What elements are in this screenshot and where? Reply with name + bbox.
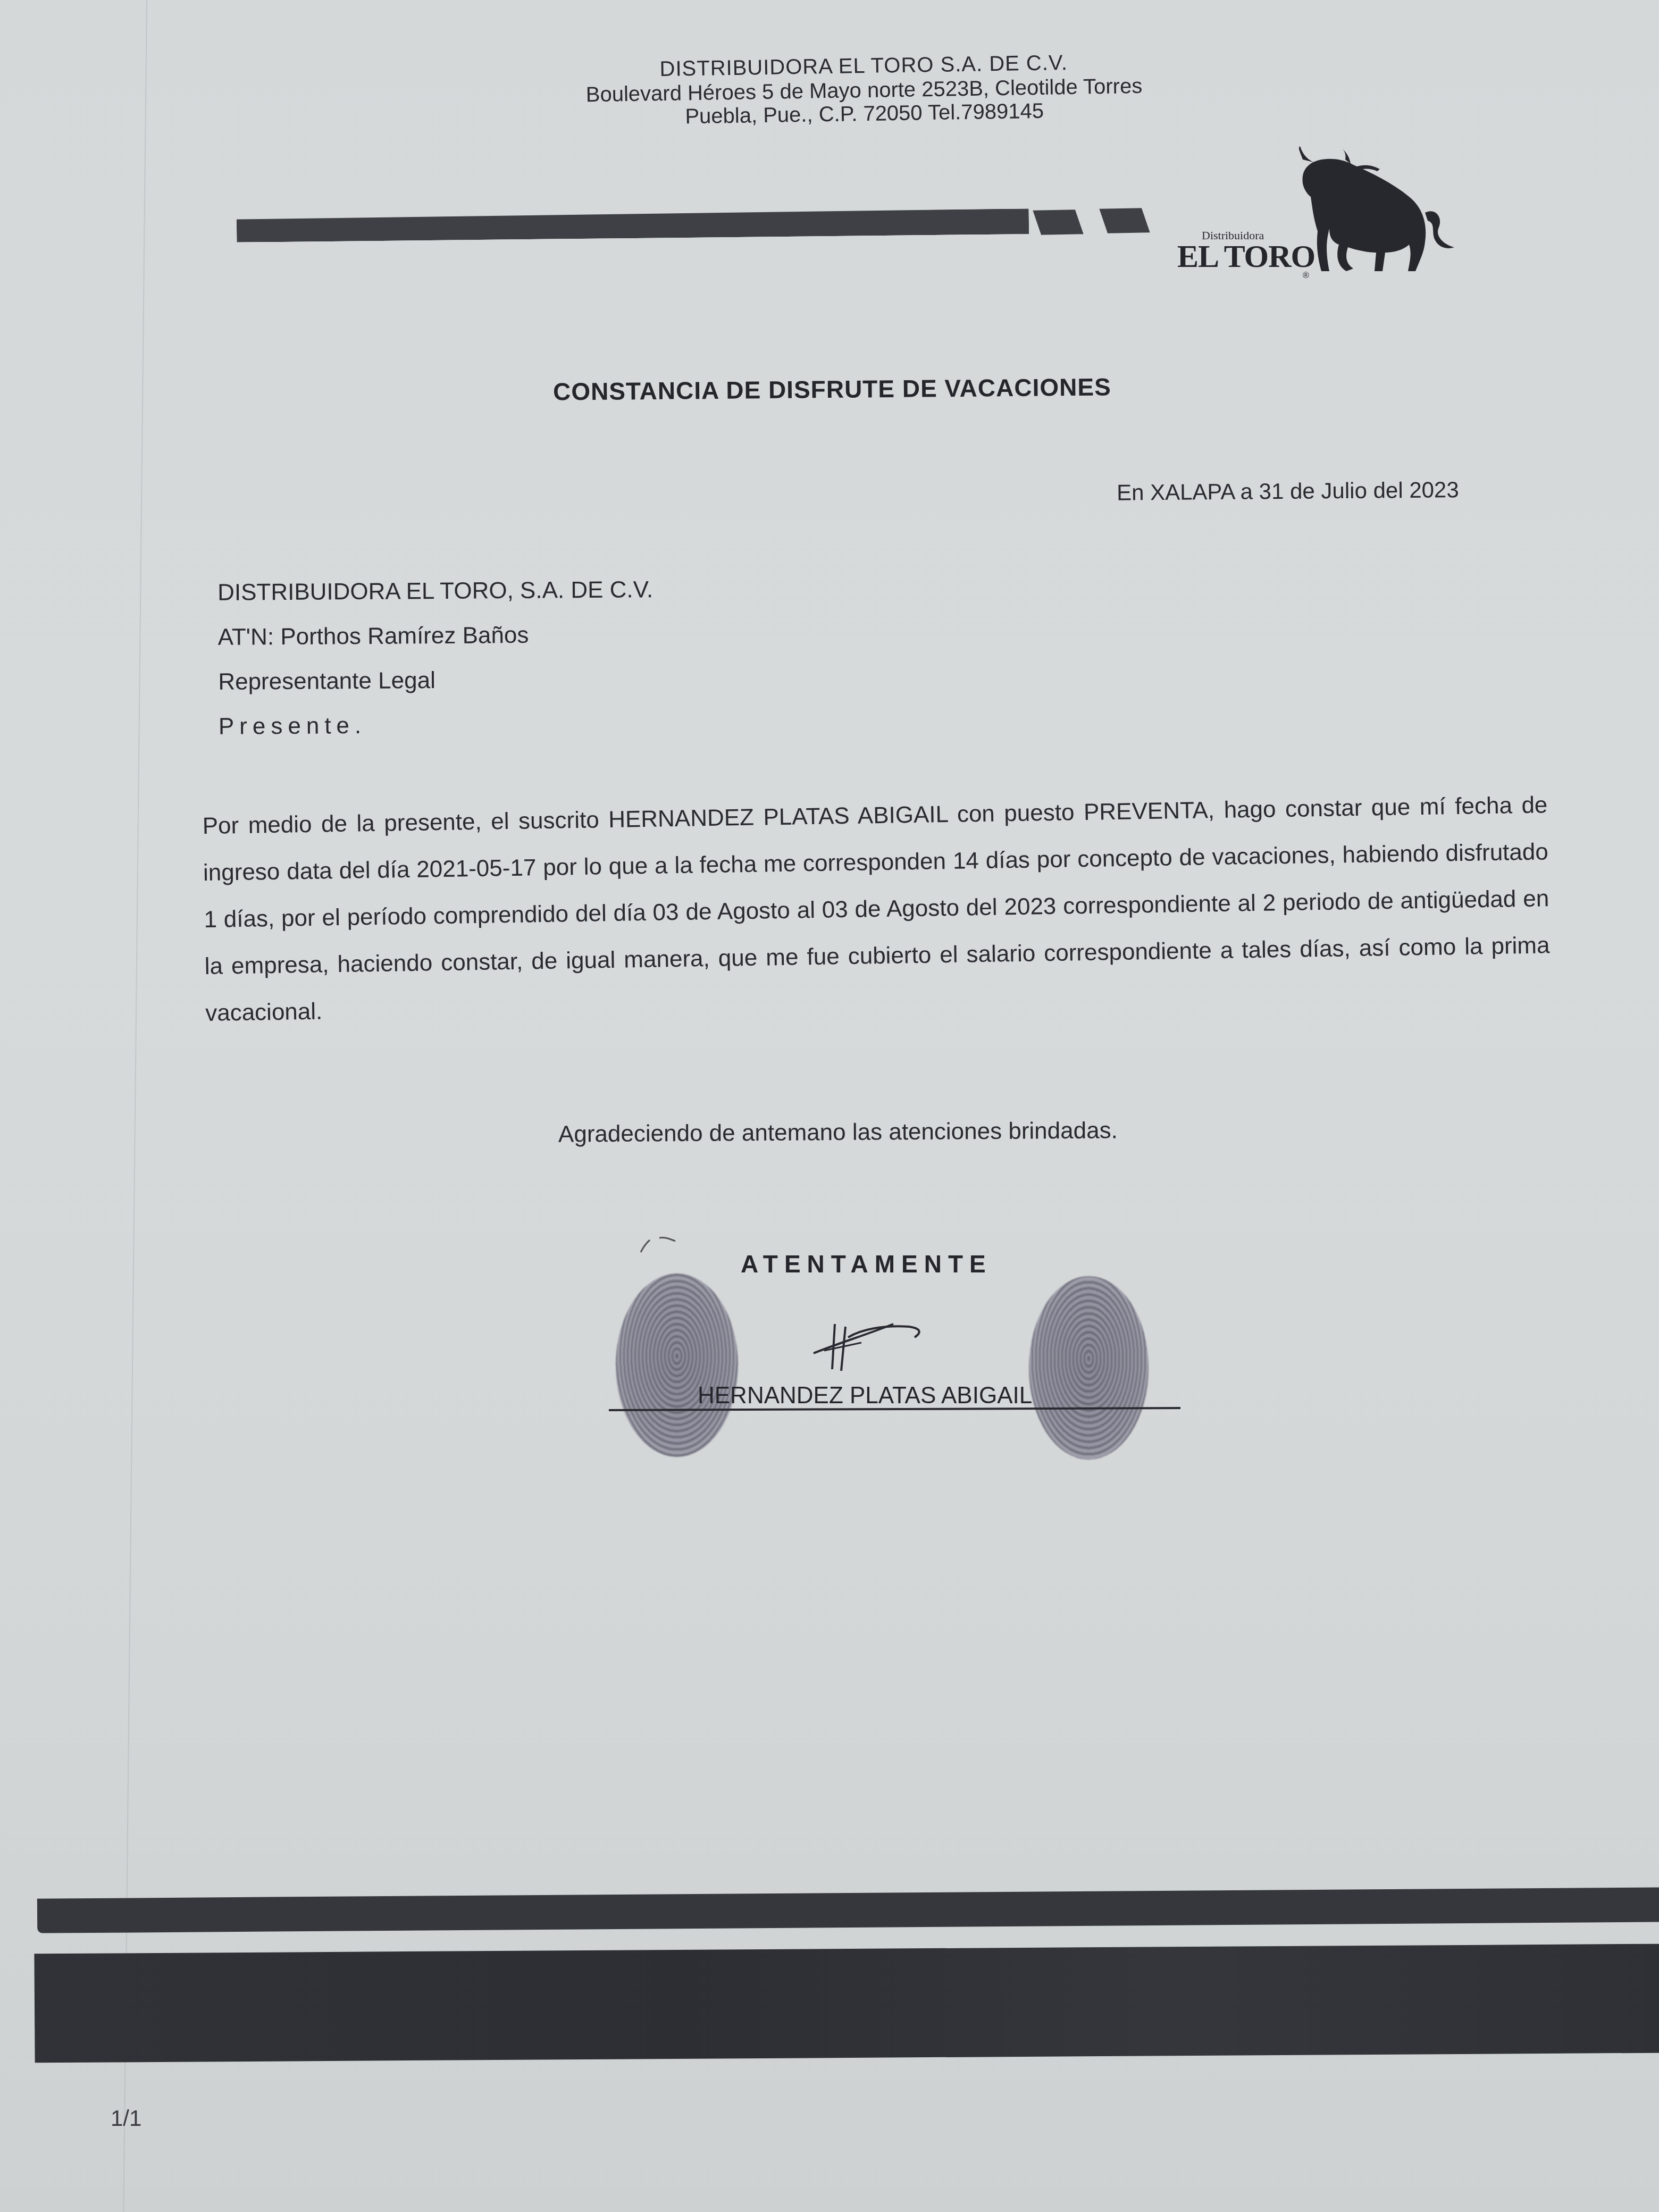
document-title: CONSTANCIA DE DISFRUTE DE VACACIONES (553, 372, 1111, 406)
document-date: En XALAPA a 31 de Julio del 2023 (1117, 477, 1459, 506)
signer-name: HERNANDEZ PLATAS ABIGAIL (698, 1382, 1032, 1409)
recipient-company: DISTRIBUIDORA EL TORO, S.A. DE C.V. (217, 567, 653, 615)
logo-brand-text: EL TORO (1177, 238, 1315, 275)
recipient-greeting: Presente. (219, 701, 655, 749)
footer-decorative-bar-thin (37, 1887, 1659, 1933)
ink-mark-icon (638, 1234, 702, 1255)
left-fingerprint-icon (616, 1273, 738, 1457)
page-number: 1/1 (111, 2106, 141, 2131)
handwritten-signature-icon (803, 1313, 931, 1372)
document-body-paragraph: Por medio de la presente, el suscrito HE… (202, 782, 1551, 1037)
recipient-attention: AT'N: Porthos Ramírez Baños (217, 612, 653, 660)
valediction: ATENTAMENTE (741, 1250, 992, 1278)
header-bar-accent (1033, 210, 1083, 234)
company-logo: Distribuidora EL TORO ® (1170, 144, 1468, 287)
registered-mark-icon: ® (1303, 271, 1309, 281)
paper-fold-line (123, 0, 147, 2212)
recipient-role: Representante Legal (218, 657, 654, 705)
recipient-block: DISTRIBUIDORA EL TORO, S.A. DE C.V. AT'N… (217, 567, 654, 749)
header-bar-accent (1099, 208, 1150, 233)
footer-decorative-bar-thick (34, 1944, 1659, 2063)
letterhead: DISTRIBUIDORA EL TORO S.A. DE C.V. Boule… (505, 47, 1224, 131)
header-decorative-bar (237, 208, 1029, 242)
right-fingerprint-icon (1029, 1276, 1149, 1460)
scanned-document-page: DISTRIBUIDORA EL TORO S.A. DE C.V. Boule… (0, 0, 1659, 2212)
closing-line: Agradeciendo de antemano las atenciones … (558, 1117, 1118, 1147)
